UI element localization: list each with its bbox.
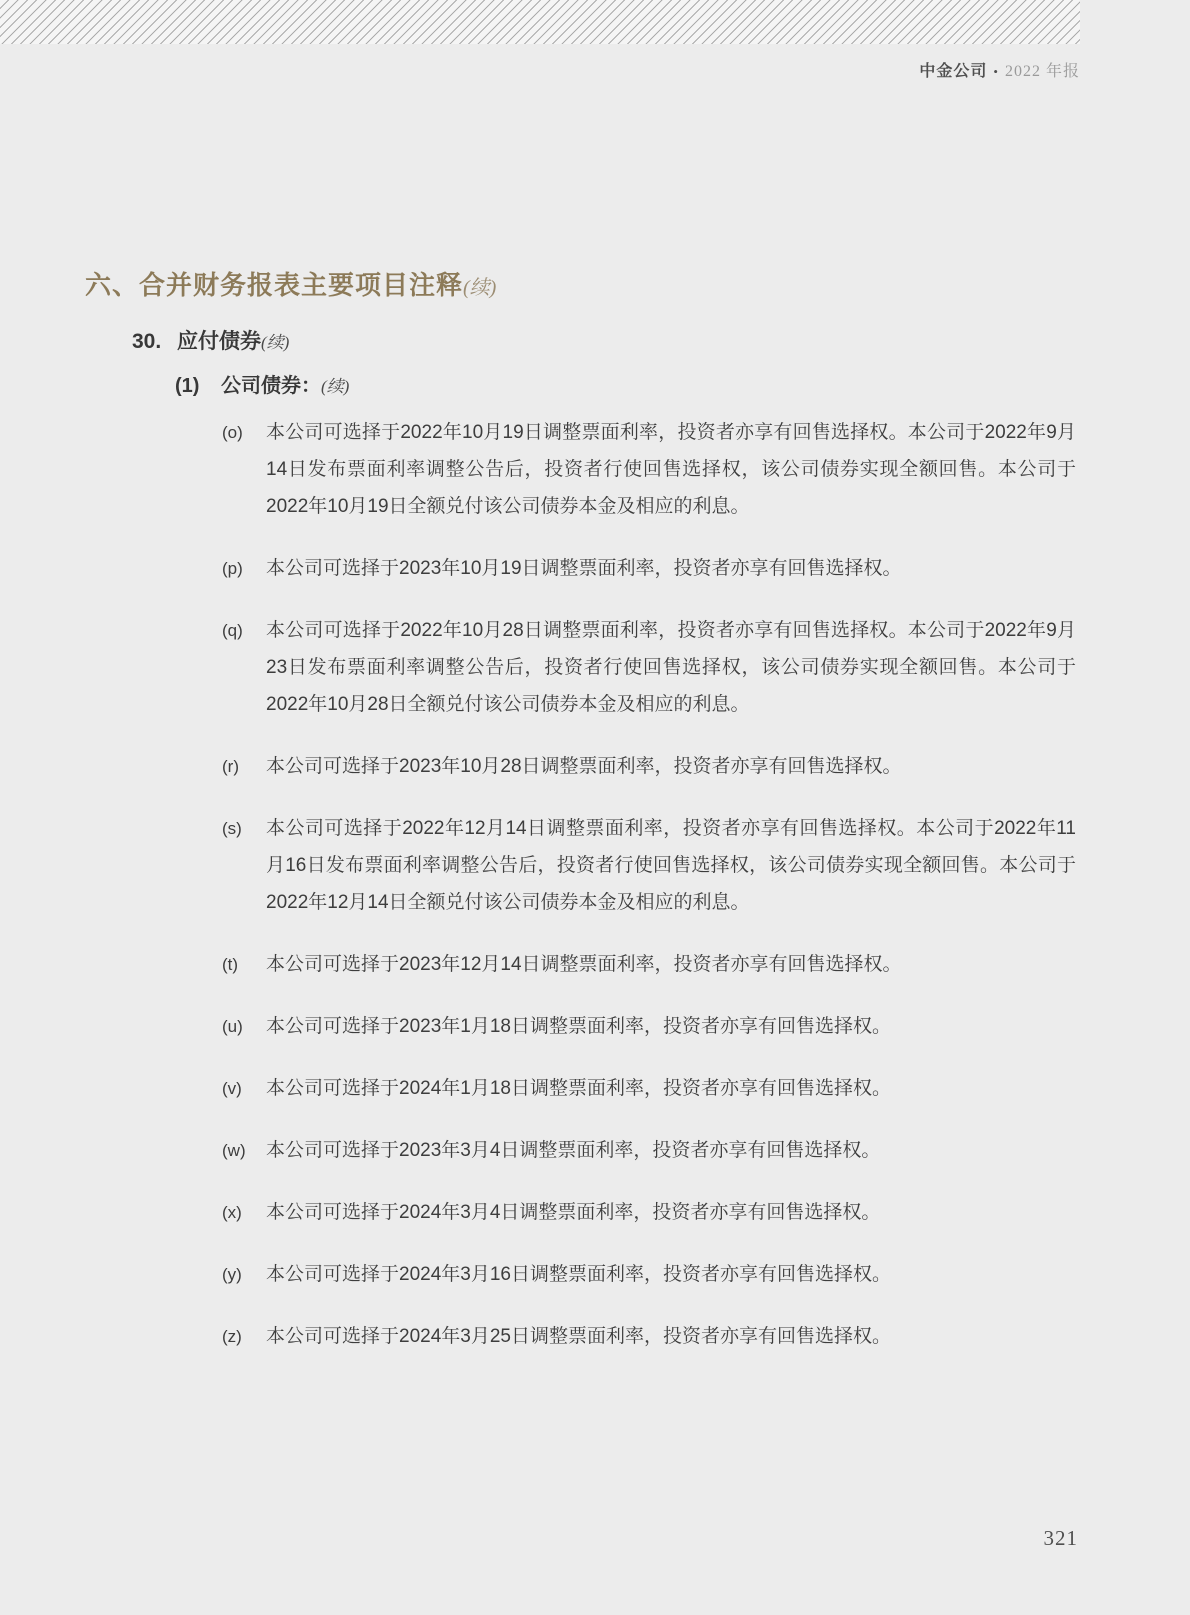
subnote-heading: (1)公司债券：(续)	[0, 373, 1190, 400]
bond-items-list: (o) 本公司可选择于2022年10月19日调整票面利率，投资者亦享有回售选择权…	[0, 414, 1190, 1355]
item-label: (y)	[222, 1256, 242, 1293]
note-continuation-mark: (续)	[261, 333, 289, 352]
company-name: 中金公司	[919, 63, 987, 80]
section-title: 六、合并财务报表主要项目注释	[85, 270, 463, 300]
section-heading: 六、合并财务报表主要项目注释(续)	[0, 268, 1190, 305]
item-label: (t)	[222, 946, 238, 983]
report-edition: 2022 年报	[1005, 63, 1080, 80]
item-text: 本公司可选择于2024年3月4日调整票面利率，投资者亦享有回售选择权。	[266, 1202, 880, 1223]
list-item: (u) 本公司可选择于2023年1月18日调整票面利率，投资者亦享有回售选择权。	[0, 1008, 1076, 1045]
report-page: 中金公司•2022 年报 六、合并财务报表主要项目注释(续) 30.应付债券(续…	[0, 0, 1190, 1615]
item-label: (q)	[222, 612, 243, 649]
item-label: (x)	[222, 1194, 242, 1231]
list-item: (t) 本公司可选择于2023年12月14日调整票面利率，投资者亦享有回售选择权…	[0, 946, 1076, 983]
list-item: (x) 本公司可选择于2024年3月4日调整票面利率，投资者亦享有回售选择权。	[0, 1194, 1076, 1231]
item-label: (r)	[222, 748, 239, 785]
item-text: 本公司可选择于2024年3月25日调整票面利率，投资者亦享有回售选择权。	[266, 1326, 891, 1347]
item-label: (u)	[222, 1008, 243, 1045]
item-text: 本公司可选择于2024年1月18日调整票面利率，投资者亦享有回售选择权。	[266, 1078, 891, 1099]
list-item: (z) 本公司可选择于2024年3月25日调整票面利率，投资者亦享有回售选择权。	[0, 1318, 1076, 1355]
item-text: 本公司可选择于2023年1月18日调整票面利率，投资者亦享有回售选择权。	[266, 1016, 891, 1037]
subnote-title: 公司债券：	[221, 375, 321, 397]
item-text: 本公司可选择于2023年12月14日调整票面利率，投资者亦享有回售选择权。	[266, 954, 902, 975]
section-continuation-mark: (续)	[463, 277, 496, 299]
item-label: (o)	[222, 414, 243, 451]
item-text: 本公司可选择于2023年3月4日调整票面利率，投资者亦享有回售选择权。	[266, 1140, 880, 1161]
item-label: (p)	[222, 550, 243, 587]
item-label: (v)	[222, 1070, 242, 1107]
list-item: (q) 本公司可选择于2022年10月28日调整票面利率，投资者亦享有回售选择权…	[0, 612, 1076, 723]
list-item: (s) 本公司可选择于2022年12月14日调整票面利率，投资者亦享有回售选择权…	[0, 810, 1076, 921]
item-text: 本公司可选择于2022年12月14日调整票面利率，投资者亦享有回售选择权。本公司…	[266, 818, 1076, 913]
note-number: 30.	[132, 327, 177, 356]
running-header: 中金公司•2022 年报	[919, 62, 1080, 82]
item-label: (s)	[222, 810, 242, 847]
item-text: 本公司可选择于2022年10月28日调整票面利率，投资者亦享有回售选择权。本公司…	[266, 620, 1076, 715]
list-item: (r) 本公司可选择于2023年10月28日调整票面利率，投资者亦享有回售选择权…	[0, 748, 1076, 785]
item-text: 本公司可选择于2023年10月19日调整票面利率，投资者亦享有回售选择权。	[266, 558, 902, 579]
diagonal-hatch-band	[0, 0, 1080, 44]
subnote-number: (1)	[175, 373, 221, 400]
item-label: (z)	[222, 1318, 242, 1355]
list-item: (p) 本公司可选择于2023年10月19日调整票面利率，投资者亦享有回售选择权…	[0, 550, 1076, 587]
note-heading: 30.应付债券(续)	[0, 327, 1190, 357]
list-item: (v) 本公司可选择于2024年1月18日调整票面利率，投资者亦享有回售选择权。	[0, 1070, 1076, 1107]
page-content: 六、合并财务报表主要项目注释(续) 30.应付债券(续) (1)公司债券：(续)…	[0, 268, 1190, 1380]
page-number: 321	[1044, 1526, 1079, 1551]
list-item: (y) 本公司可选择于2024年3月16日调整票面利率，投资者亦享有回售选择权。	[0, 1256, 1076, 1293]
list-item: (w) 本公司可选择于2023年3月4日调整票面利率，投资者亦享有回售选择权。	[0, 1132, 1076, 1169]
item-text: 本公司可选择于2023年10月28日调整票面利率，投资者亦享有回售选择权。	[266, 756, 902, 777]
separator-dot-icon: •	[987, 64, 1005, 79]
subnote-continuation-mark: (续)	[321, 377, 349, 396]
item-text: 本公司可选择于2024年3月16日调整票面利率，投资者亦享有回售选择权。	[266, 1264, 891, 1285]
list-item: (o) 本公司可选择于2022年10月19日调整票面利率，投资者亦享有回售选择权…	[0, 414, 1076, 525]
item-label: (w)	[222, 1132, 246, 1169]
note-title: 应付债券	[177, 330, 261, 353]
item-text: 本公司可选择于2022年10月19日调整票面利率，投资者亦享有回售选择权。本公司…	[266, 422, 1076, 517]
